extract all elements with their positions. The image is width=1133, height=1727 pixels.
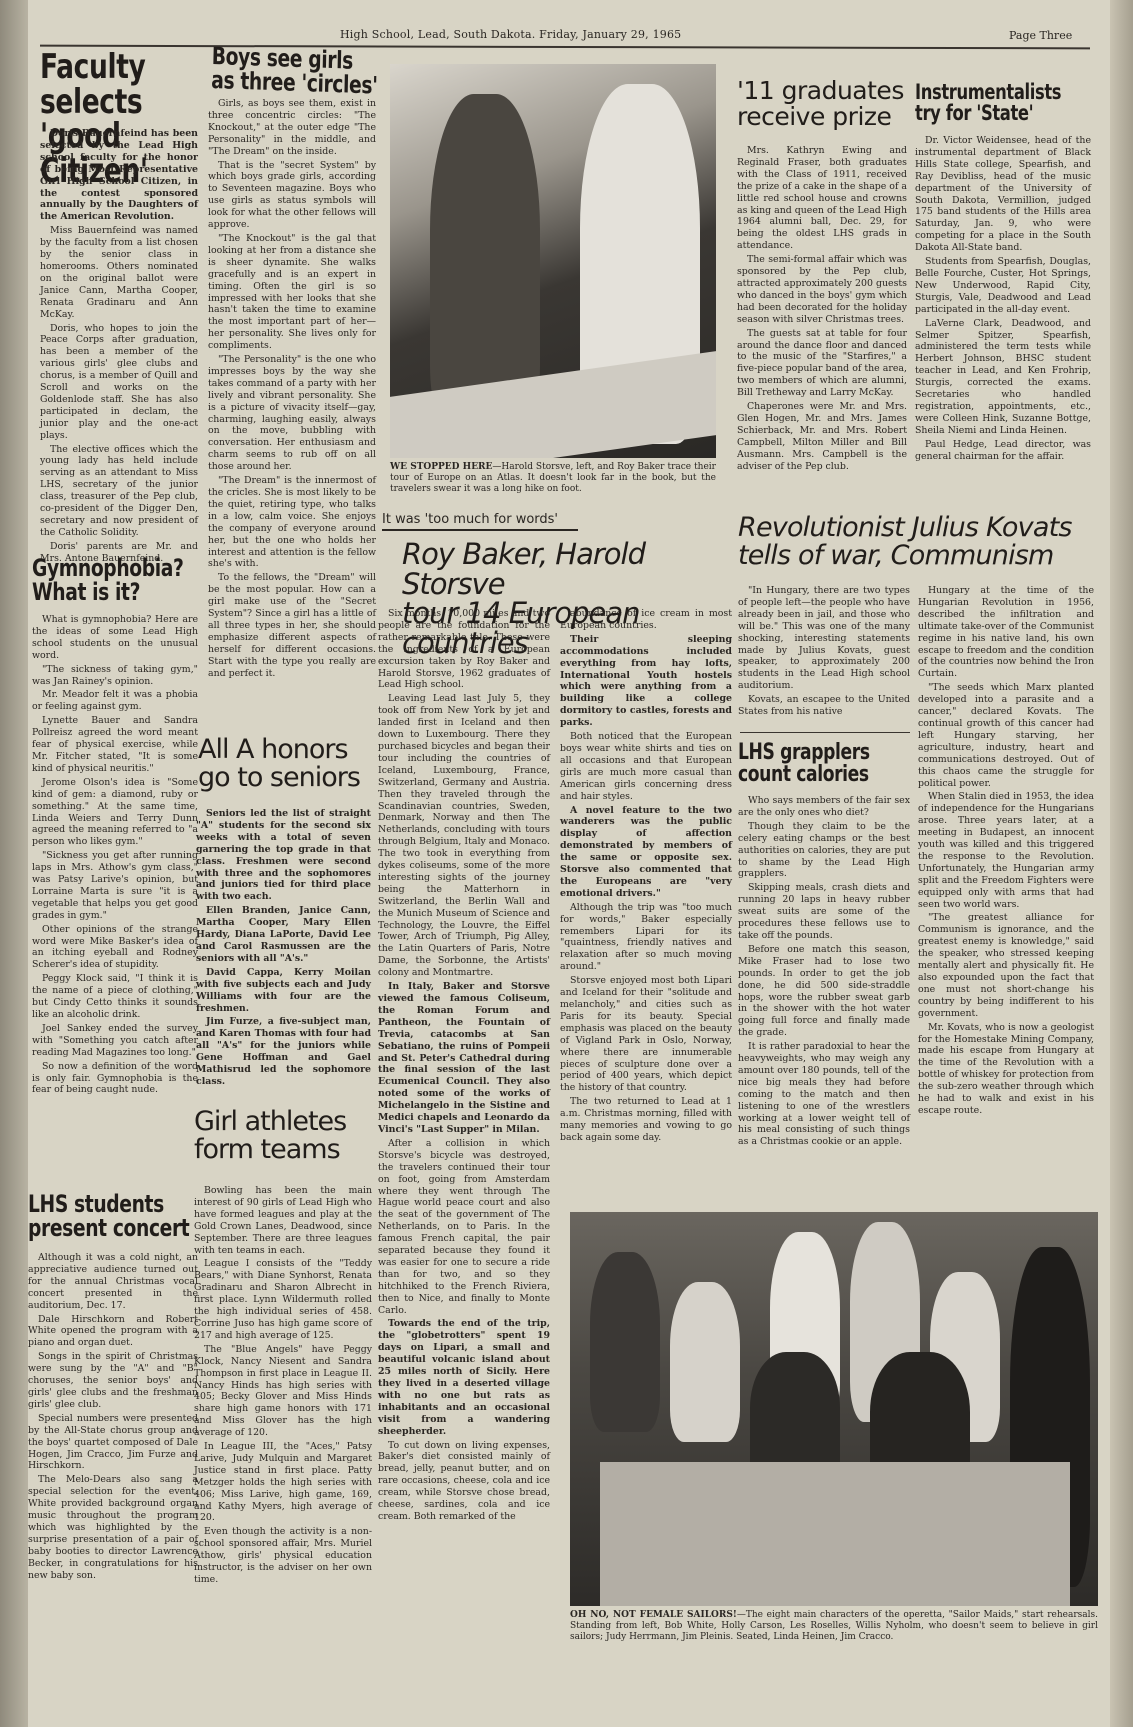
paragraph: To cut down on living expenses, Baker's … — [378, 1440, 550, 1523]
article-europe-col2: abundance of ice cream in most European … — [560, 608, 732, 1146]
paragraph: Even though the activity is a non-school… — [194, 1526, 372, 1586]
article-faculty-body: Doris Bauernfeind has been selected by t… — [40, 128, 198, 567]
paragraph: The two returned to Lead at 1 a.m. Chris… — [560, 1096, 732, 1144]
paragraph: Who says members of the fair sex are the… — [738, 795, 910, 819]
paragraph: abundance of ice cream in most European … — [560, 608, 732, 632]
paragraph: Doris, who hopes to join the Peace Corps… — [40, 323, 198, 442]
paragraph: Mrs. Kathryn Ewing and Reginald Fraser, … — [737, 145, 907, 252]
paragraph: Although it was a cold night, an appreci… — [28, 1252, 198, 1312]
paragraph: The elective offices which the young lad… — [40, 444, 198, 539]
article-kovats: Revolutionist Julius Kovats tells of war… — [738, 514, 1098, 569]
paragraph: It is rather paradoxial to hear the heav… — [738, 1041, 910, 1148]
paragraph: Other opinions of the strange word were … — [32, 924, 198, 972]
person-figure — [670, 1282, 740, 1442]
paragraph: Both noticed that the European boys wear… — [560, 731, 732, 802]
masthead: High School, Lead, South Dakota. Friday,… — [340, 28, 681, 41]
paragraph: Mr. Meador felt it was a phobia or feeli… — [32, 689, 198, 713]
paragraph: What is gymnophobia? Here are the ideas … — [32, 614, 198, 662]
paragraph: Storsve enjoyed most both Lipari and Ice… — [560, 975, 732, 1094]
page-number: Page Three — [1009, 29, 1072, 42]
paragraph: The "Blue Angels" have Peggy Klock, Nanc… — [194, 1344, 372, 1439]
table — [600, 1462, 1070, 1606]
article-europe-col1: Six months, 10,000 miles and two people … — [378, 608, 550, 1525]
paragraph: "The greatest alliance for Communism is … — [918, 912, 1094, 1019]
photo-operetta-cast — [570, 1212, 1098, 1606]
person-figure — [590, 1252, 660, 1432]
paragraph: Although the trip was "too much for word… — [560, 902, 732, 973]
paragraph: Girls, as boys see them, exist in three … — [208, 98, 376, 158]
article-honors-body: Seniors led the list of straight "A" stu… — [196, 808, 371, 1090]
headline: '11 graduates receive prize — [737, 78, 907, 129]
paragraph: Songs in the spirit of Christmas were su… — [28, 1351, 198, 1411]
headline: Revolutionist Julius Kovats tells of war… — [738, 514, 1098, 569]
paragraph: Kovats, an escapee to the United States … — [738, 694, 910, 718]
article-concert-body: Although it was a cold night, an appreci… — [28, 1252, 198, 1583]
article-instrumentalists: Instrumentalists try for 'State' — [915, 82, 1091, 125]
headline: Boys see girls as three 'circles' — [211, 44, 380, 99]
paragraph: To the fellows, the "Dream" will be the … — [208, 572, 376, 679]
headline: Girl athletes form teams — [194, 1108, 374, 1163]
paragraph: A novel feature to the two wanderers was… — [560, 805, 732, 900]
kicker: It was 'too much for words' — [382, 512, 578, 531]
paragraph: The Melo-Dears also sang a special selec… — [28, 1474, 198, 1581]
paragraph: Though they claim to be the celery eatin… — [738, 821, 910, 881]
paragraph: Joel Sankey ended the survey with "Somet… — [32, 1023, 198, 1059]
paragraph: "In Hungary, there are two types of peop… — [738, 585, 910, 692]
article-athletes-body: Bowling has been the main interest of 90… — [194, 1185, 372, 1588]
headline: All A honors go to seniors — [198, 736, 373, 791]
article-gymnophobia-body: What is gymnophobia? Here are the ideas … — [32, 614, 198, 1098]
article-honors: All A honors go to seniors — [198, 736, 373, 791]
paragraph: Students from Spearfish, Douglas, Belle … — [915, 256, 1091, 316]
article-gymnophobia: Gymnophobia? What is it? — [32, 556, 198, 605]
headline: Gymnophobia? What is it? — [32, 556, 196, 605]
paragraph: Doris Bauernfeind has been selected by t… — [40, 128, 198, 223]
photo-baker-storsve — [390, 64, 716, 458]
article-instrumentalists-body: Dr. Victor Weidensee, head of the instru… — [915, 135, 1091, 464]
paragraph: That is the "secret System" by which boy… — [208, 160, 376, 231]
paragraph: Seniors led the list of straight "A" stu… — [196, 808, 371, 903]
article-graduates-body: Mrs. Kathryn Ewing and Reginald Fraser, … — [737, 145, 907, 474]
paragraph: "The Knockout" is the gal that looking a… — [208, 233, 376, 352]
paragraph: The guests sat at table for four around … — [737, 328, 907, 399]
paragraph: Chaperones were Mr. and Mrs. Glen Hogen,… — [737, 401, 907, 472]
paragraph: Dale Hirschkorn and Robert White opened … — [28, 1314, 198, 1350]
paragraph: In League III, the "Aces," Patsy Larive,… — [194, 1441, 372, 1524]
photo-caption: WE STOPPED HERE—Harold Storsve, left, an… — [390, 462, 716, 495]
paragraph: "The Dream" is the innermost of the cric… — [208, 475, 376, 570]
divider — [740, 732, 910, 733]
paragraph: Jim Furze, a five-subject man, and Karen… — [196, 1016, 371, 1087]
paragraph: "The sickness of taking gym," was Jan Ra… — [32, 664, 198, 688]
headline: LHS students present concert — [28, 1192, 200, 1241]
article-grapplers: LHS grapplers count calories — [738, 742, 910, 787]
paragraph: Hungary at the time of the Hungarian Rev… — [918, 585, 1094, 680]
paragraph: Skipping meals, crash diets and running … — [738, 882, 910, 942]
paragraph: Special numbers were presented by the Al… — [28, 1413, 198, 1473]
paragraph: Mr. Kovats, who is now a geologist for t… — [918, 1022, 1094, 1117]
paragraph: Ellen Branden, Janice Cann, Martha Coope… — [196, 905, 371, 965]
paragraph: League I consists of the "Teddy Bears," … — [194, 1258, 372, 1341]
page-edge — [1110, 0, 1133, 1727]
paragraph: When Stalin died in 1953, the idea of in… — [918, 791, 1094, 910]
paragraph: Dr. Victor Weidensee, head of the instru… — [915, 135, 1091, 254]
article-circles-body: Girls, as boys see them, exist in three … — [208, 98, 376, 682]
article-kovats-col1: "In Hungary, there are two types of peop… — [738, 585, 910, 720]
paragraph: "Sickness you get after running laps in … — [32, 850, 198, 921]
headline: Instrumentalists try for 'State' — [915, 82, 1094, 125]
binding-edge — [0, 0, 28, 1727]
paragraph: David Cappa, Kerry Moilan with five subj… — [196, 967, 371, 1015]
paragraph: Lynette Bauer and Sandra Pollreisz agree… — [32, 715, 198, 775]
paragraph: So now a definition of the word is only … — [32, 1061, 198, 1097]
paragraph: Peggy Klock said, "I think it is the nam… — [32, 973, 198, 1021]
paragraph: Paul Hedge, Lead director, was general c… — [915, 439, 1091, 463]
article-grapplers-body: Who says members of the fair sex are the… — [738, 795, 910, 1150]
article-concert: LHS students present concert — [28, 1192, 198, 1241]
paragraph: In Italy, Baker and Storsve viewed the f… — [378, 981, 550, 1136]
paragraph: Their sleeping accommodations included e… — [560, 634, 732, 729]
paragraph: Six months, 10,000 miles and two people … — [378, 608, 550, 691]
article-graduates: '11 graduates receive prize — [737, 78, 907, 129]
article-athletes: Girl athletes form teams — [194, 1108, 374, 1163]
paragraph: Miss Bauernfeind was named by the facult… — [40, 225, 198, 320]
paragraph: "The Personality" is the one who impress… — [208, 354, 376, 473]
headline: LHS grapplers count calories — [738, 742, 914, 787]
paragraph: Towards the end of the trip, the "globet… — [378, 1318, 550, 1437]
paragraph: Leaving Lead last July 5, they took off … — [378, 693, 550, 979]
paragraph: "The seeds which Marx planted developed … — [918, 682, 1094, 789]
paragraph: Bowling has been the main interest of 90… — [194, 1185, 372, 1256]
paragraph: Jerome Olson's idea is "Some kind of gem… — [32, 777, 198, 848]
photo-caption: OH NO, NOT FEMALE SAILORS!—The eight mai… — [570, 1610, 1098, 1643]
article-kovats-col2: Hungary at the time of the Hungarian Rev… — [918, 585, 1094, 1119]
article-circles: Boys see girls as three 'circles' — [212, 44, 377, 93]
paragraph: Before one match this season, Mike Frase… — [738, 944, 910, 1039]
paragraph: After a collision in which Storsve's bic… — [378, 1138, 550, 1317]
paragraph: LaVerne Clark, Deadwood, and Selmer Spit… — [915, 318, 1091, 437]
paragraph: The semi-formal affair which was sponsor… — [737, 254, 907, 325]
